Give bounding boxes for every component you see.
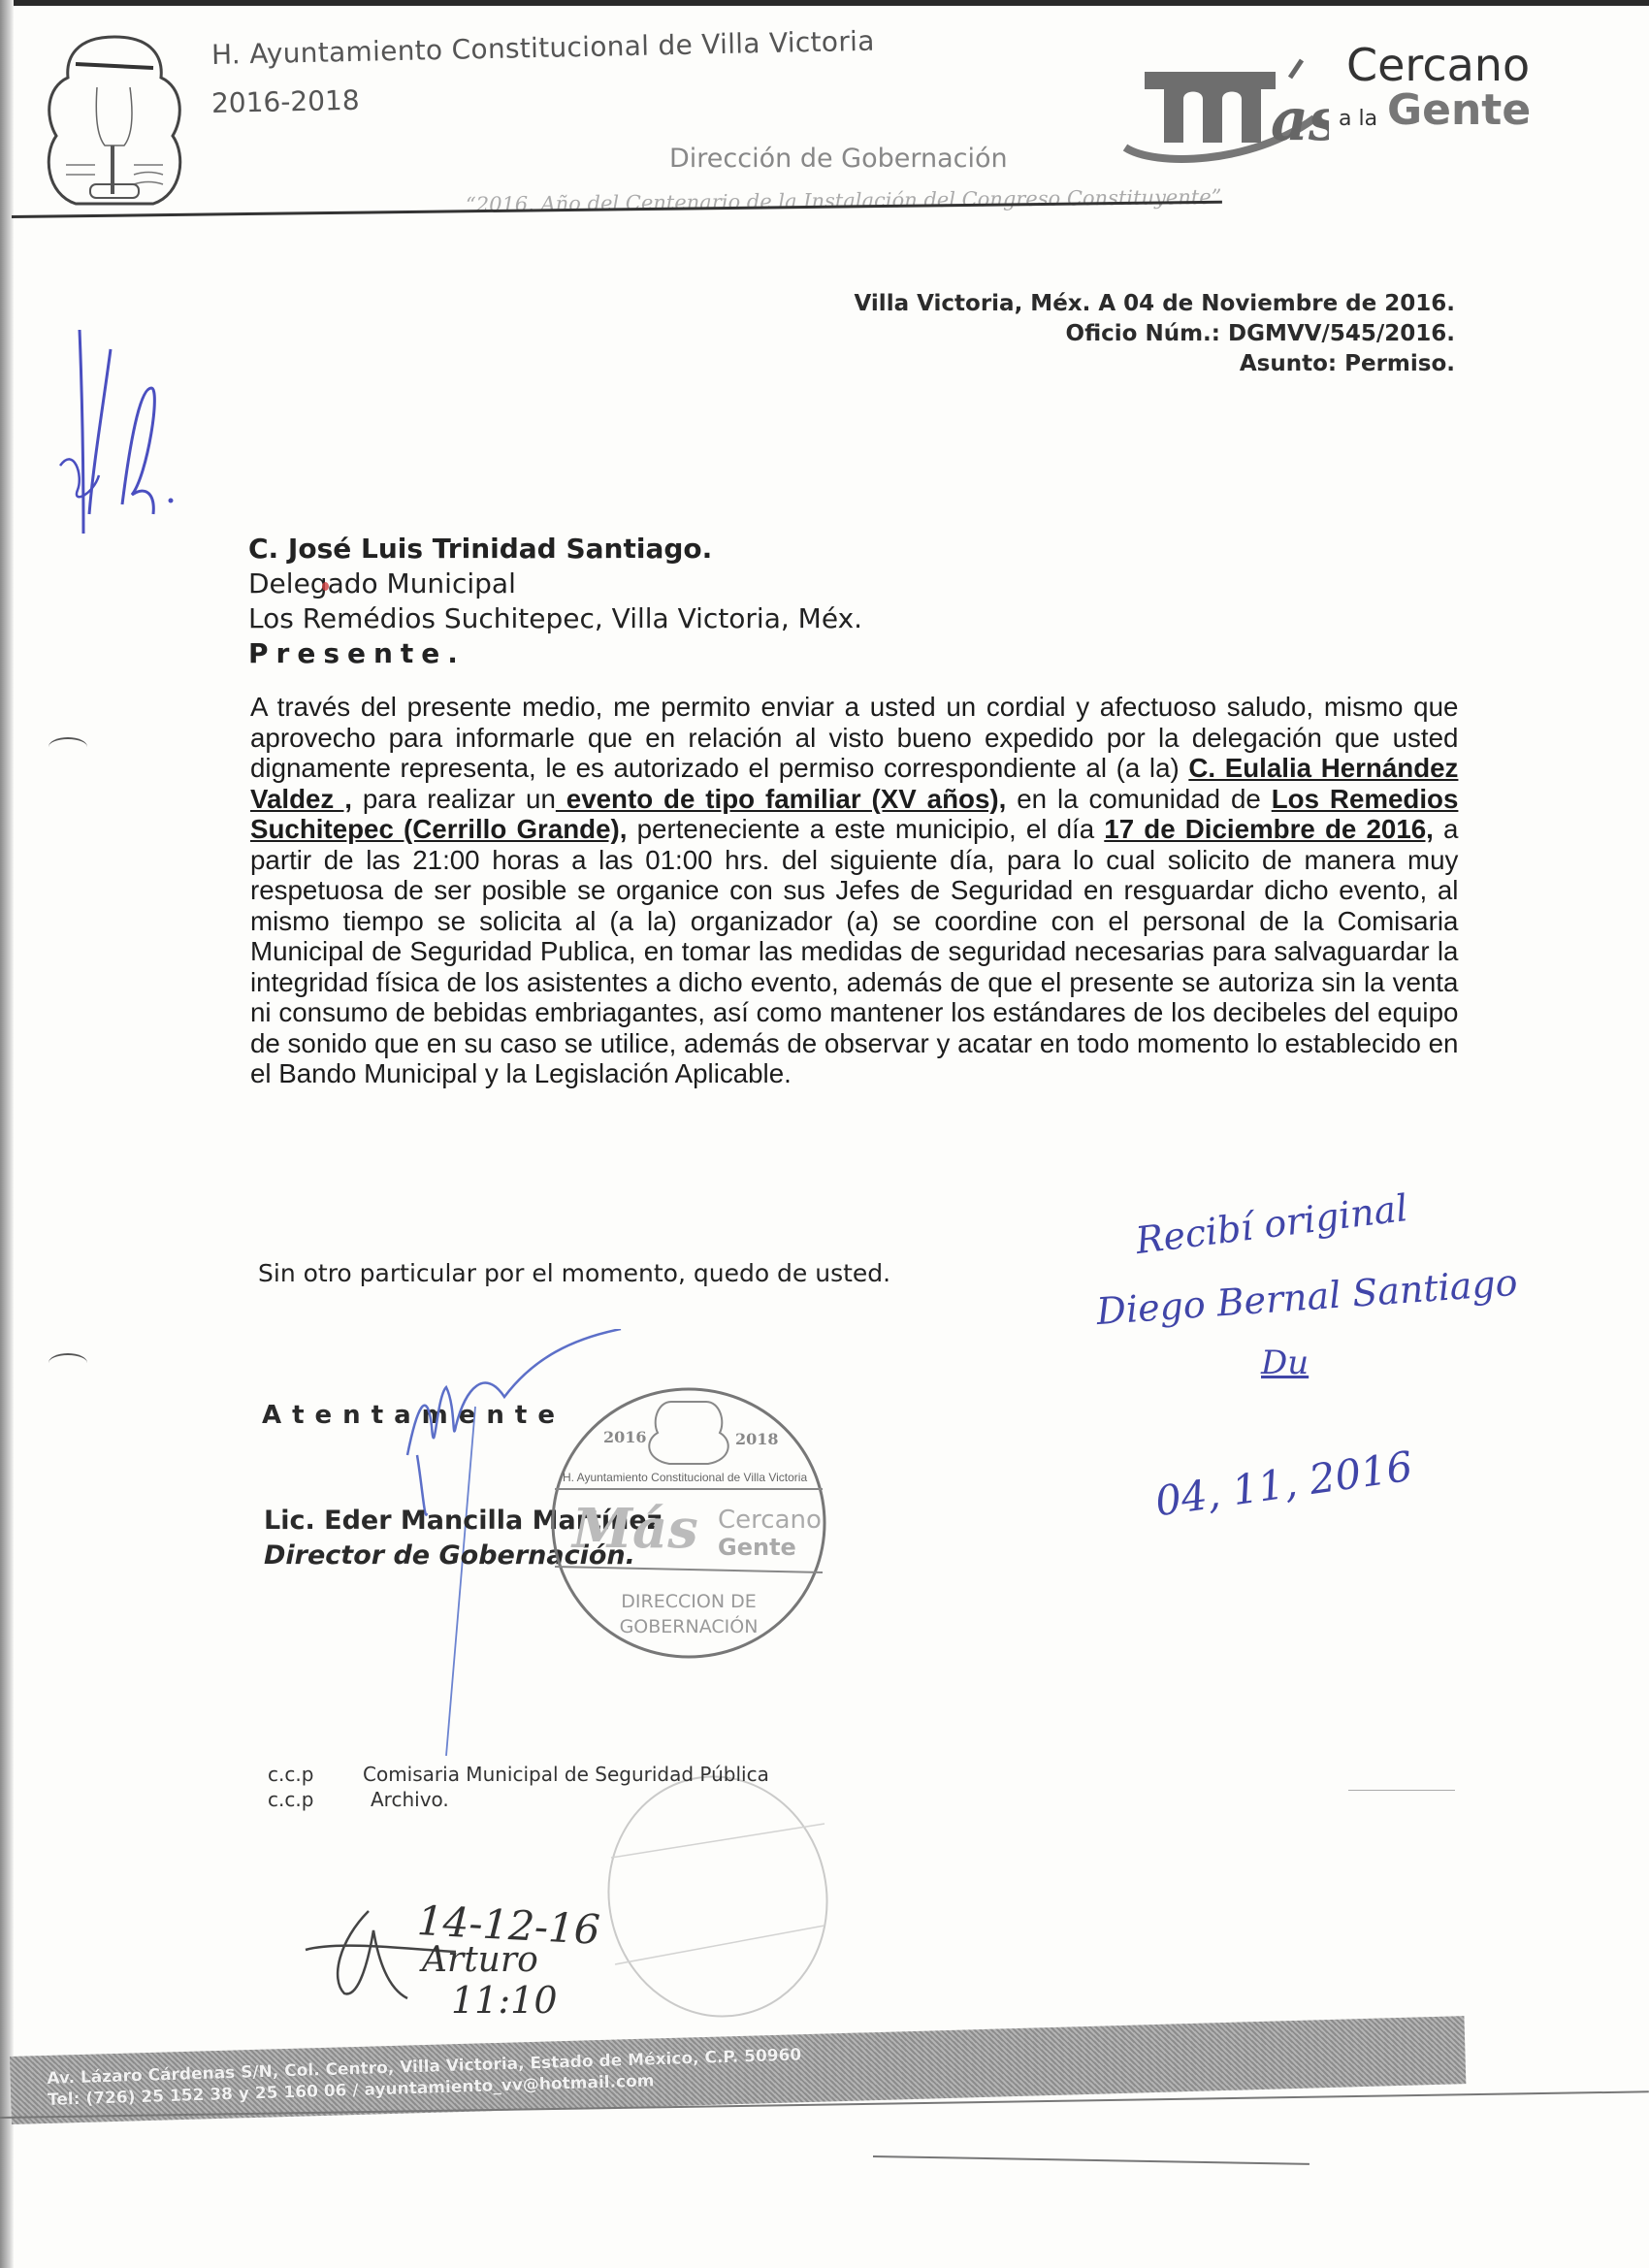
recipient-name: C. José Luis Trinidad Santiago. — [248, 532, 862, 567]
red-ink-mark — [322, 582, 329, 591]
body-text: perteneciente a este municipio, el día — [627, 814, 1104, 844]
ccp-row: c.c.pComisaria Municipal de Seguridad Pú… — [268, 1762, 769, 1787]
received-note-initials: Du — [1261, 1344, 1309, 1382]
letter-meta: Villa Victoria, Méx. A 04 de Noviembre d… — [855, 289, 1455, 379]
received-note-line1: Recibí original — [1133, 1186, 1409, 1262]
body-text: en la comunidad de — [1006, 784, 1271, 814]
scan-left-edge — [0, 0, 14, 2268]
mas-cercano-logo-icon: as — [1115, 50, 1329, 167]
logo-gente: Gente — [1387, 85, 1531, 135]
svg-text:H. Ayuntamiento Constitucional: H. Ayuntamiento Constitucional de Villa … — [563, 1471, 807, 1484]
recipient-presente: Presente. — [248, 636, 862, 671]
header-institution: H. Ayuntamiento Constitucional de Villa … — [211, 25, 875, 71]
letter-body: A través del presente medio, me permito … — [250, 692, 1458, 1089]
svg-text:2016: 2016 — [603, 1428, 647, 1446]
punch-hole-mark — [48, 737, 87, 757]
scan-top-edge — [0, 0, 1649, 6]
official-stamp-icon: 2016 2018 H. Ayuntamiento Constitucional… — [543, 1382, 834, 1664]
header-term: 2016-2018 — [211, 84, 360, 119]
svg-text:2018: 2018 — [735, 1430, 779, 1448]
header-motto: “2016. Año del Centenario de la Instalac… — [466, 185, 1222, 216]
ccp-label: c.c.p — [268, 1762, 363, 1787]
municipal-crest-icon — [37, 29, 192, 213]
received-note-line2: Diego Bernal Santiago — [1095, 1261, 1519, 1333]
event-type: evento de tipo familiar (XV años), — [556, 784, 1006, 814]
ccp-recipient: Comisaria Municipal de Seguridad Pública — [363, 1763, 769, 1786]
logo-cercano: Cercano — [1346, 39, 1530, 91]
svg-text:DIRECCION DE: DIRECCION DE — [621, 1591, 756, 1612]
oficio-number: Oficio Núm.: DGMVV/545/2016. — [855, 319, 1455, 349]
recipient-location: Los Remédios Suchitepec, Villa Victoria,… — [248, 601, 862, 636]
svg-text:as: as — [1271, 86, 1329, 154]
paper-edge-line — [873, 2155, 1309, 2165]
subject: Asunto: Permiso. — [855, 349, 1455, 379]
note2-time: 11:10 — [451, 1979, 558, 2022]
carbon-copy-list: c.c.pComisaria Municipal de Seguridad Pú… — [268, 1762, 769, 1812]
recipient-title: Delegado Municipal — [248, 567, 862, 601]
punch-hole-mark — [48, 1353, 87, 1373]
place-date: Villa Victoria, Méx. A 04 de Noviembre d… — [855, 289, 1455, 319]
handwritten-initials-icon — [54, 320, 190, 553]
stray-line — [1348, 1790, 1455, 1791]
closing-line: Sin otro particular por el momento, qued… — [258, 1259, 890, 1287]
svg-text:Más: Más — [570, 1497, 698, 1561]
svg-text:Cercano: Cercano — [718, 1506, 822, 1535]
body-text: a partir de las 21:00 horas a las 01:00 … — [250, 814, 1458, 1088]
event-date: 17 de Diciembre de 2016, — [1104, 814, 1434, 844]
header-department: Dirección de Gobernación — [669, 144, 1008, 174]
recipient-block: C. José Luis Trinidad Santiago. Delegado… — [248, 532, 862, 671]
body-text: para realizar un — [352, 784, 556, 814]
ccp-row: c.c.pArchivo. — [268, 1787, 769, 1812]
ccp-label: c.c.p — [268, 1787, 363, 1812]
ccp-recipient: Archivo. — [363, 1788, 449, 1811]
note2-name: Arturo — [422, 1940, 538, 1980]
svg-text:GOBERNACIÓN: GOBERNACIÓN — [620, 1614, 759, 1637]
svg-text:Gente: Gente — [718, 1534, 796, 1561]
received-note-date: 04, 11, 2016 — [1152, 1442, 1415, 1526]
logo-a-la: a la — [1339, 107, 1377, 131]
